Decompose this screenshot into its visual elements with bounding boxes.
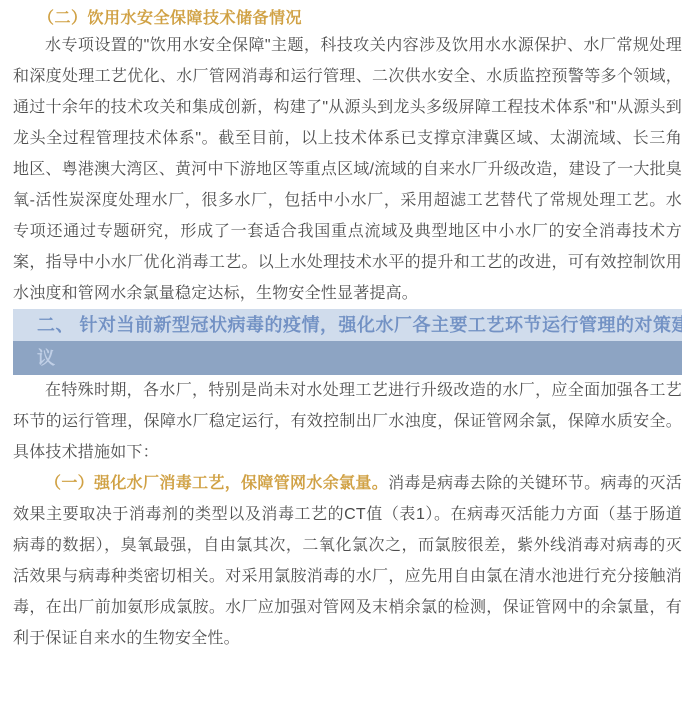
banner-title-line-1-selected: 二、 针对当前新型冠状病毒的疫情，强化水厂各主要工艺环节运行管理的对策建 — [13, 309, 682, 341]
paragraph-special-period-measures-intro: 在特殊时期，各水厂，特别是尚未对水处理工艺进行升级改造的水厂，应全面加强各工艺环… — [13, 375, 682, 468]
section-banner-heading-countermeasures: 二、 针对当前新型冠状病毒的疫情，强化水厂各主要工艺环节运行管理的对策建 议 — [13, 309, 682, 375]
paragraph-disinfection-process-text: 消毒是病毒去除的关键环节。病毒的灭活效果主要取决于消毒剂的类型以及消毒工艺的CT… — [13, 475, 682, 647]
article-content: （二）饮用水安全保障技术储备情况 水专项设置的"饮用水安全保障"主题，科技攻关内… — [0, 8, 695, 654]
paragraph-disinfection-process: （一）强化水厂消毒工艺，保障管网水余氯量。消毒是病毒去除的关键环节。病毒的灭活效… — [13, 468, 682, 654]
sub-heading-1-strengthen-disinfection: （一）强化水厂消毒工艺，保障管网水余氯量。 — [45, 475, 388, 492]
paragraph-water-project-overview: 水专项设置的"饮用水安全保障"主题，科技攻关内容涉及饮用水水源保护、水厂常规处理… — [13, 30, 682, 309]
banner-title-line-2: 议 — [13, 341, 682, 375]
section-heading-2-drinking-water-tech-reserve: （二）饮用水安全保障技术储备情况 — [13, 8, 682, 30]
